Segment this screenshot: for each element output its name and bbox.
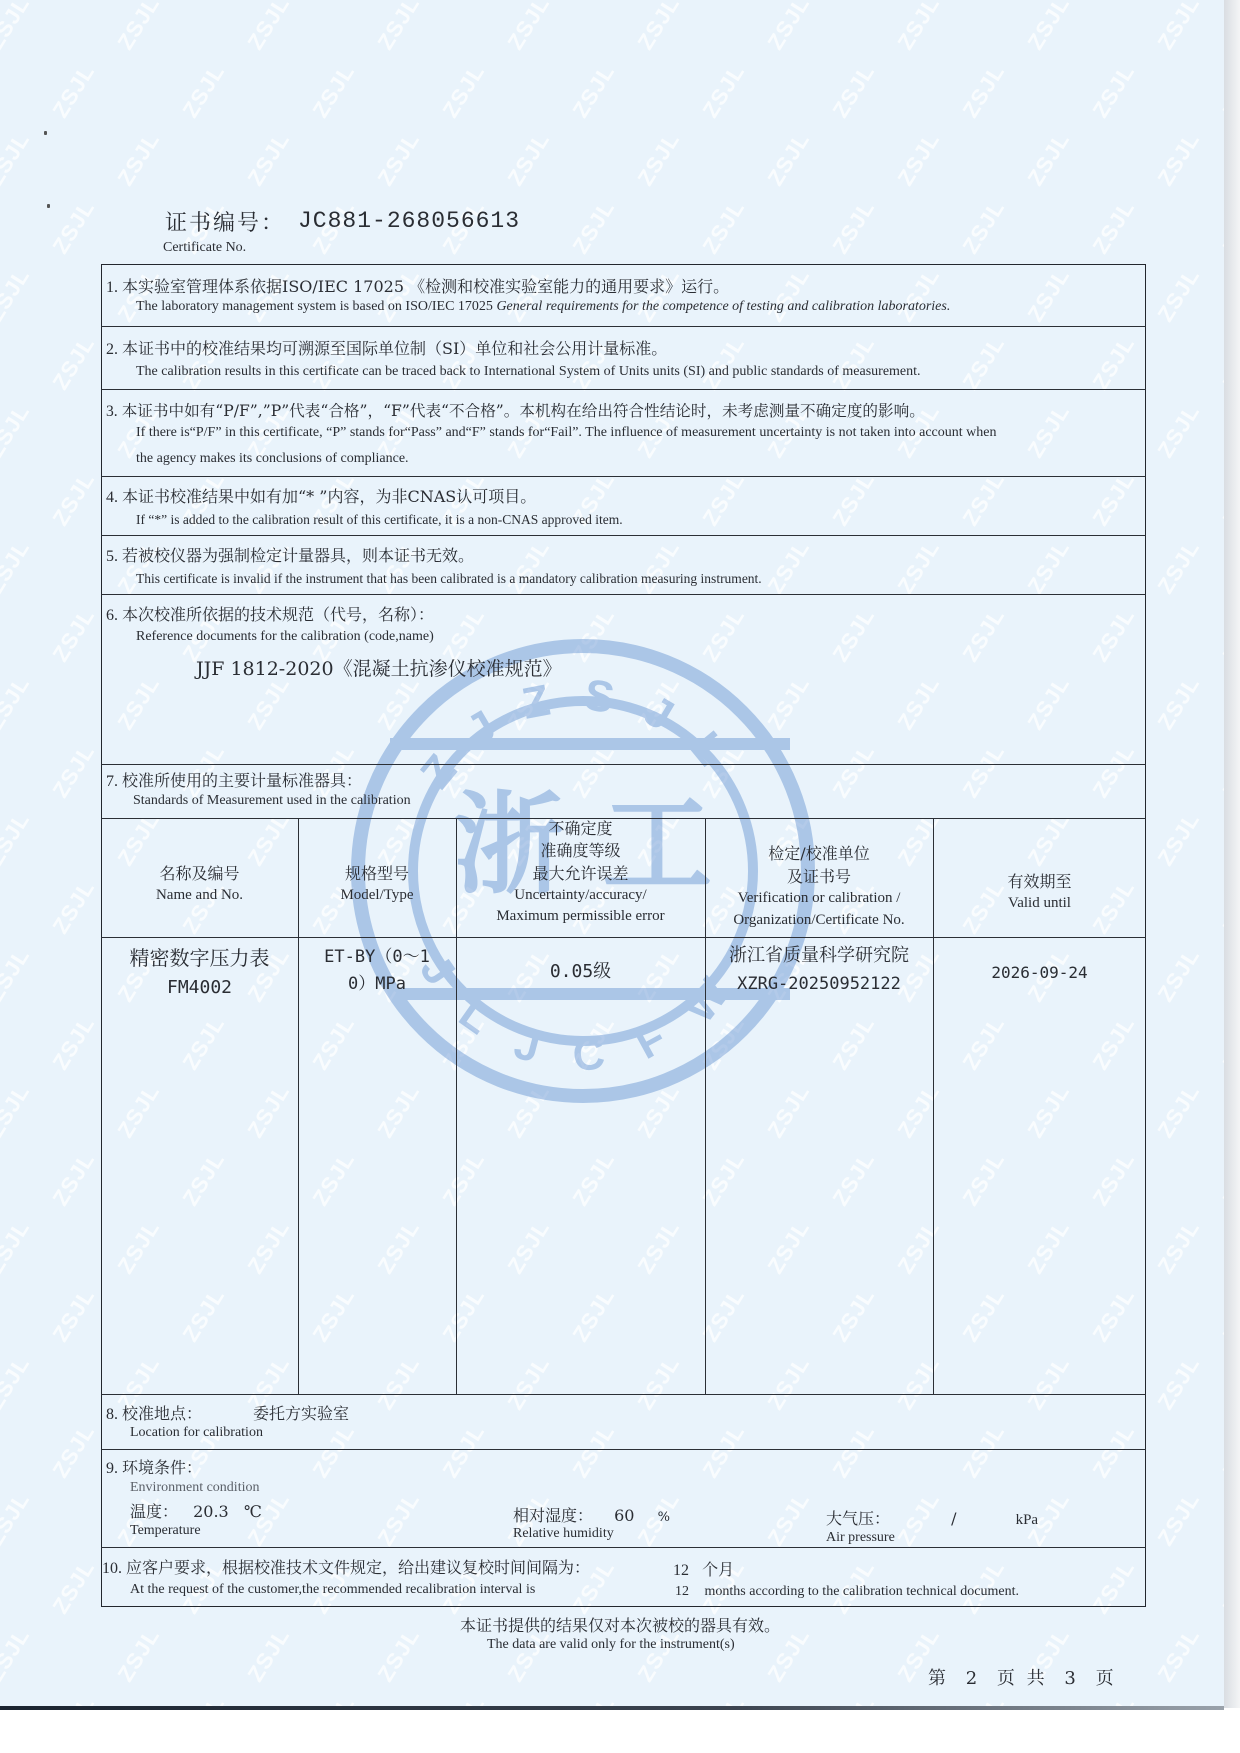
statement-3-en: If there is“P/F” in this certificate, “P…: [136, 425, 996, 441]
watermark-text: ZSJL: [243, 128, 296, 191]
statement-2-cn: 2.本证书中的校准结果均可溯源至国际单位制（SI）单位和社会公用计量标准。: [106, 336, 667, 359]
table-header-name: 名称及编号 Name and No.: [101, 862, 298, 907]
paper-bottom-edge: [0, 1706, 1224, 1710]
environment-label-en: Environment condition: [130, 1480, 259, 1496]
recalibration-cn: 10.应客户要求，根据校准技术文件规定，给出建议复校时间间隔为：: [102, 1555, 590, 1578]
watermark-text: ZSJL: [48, 196, 101, 259]
watermark-text: ZSJL: [48, 1556, 101, 1619]
watermark-text: ZSJL: [893, 128, 946, 191]
footer-note-cn: 本证书提供的结果仅对本次被校的器具有效。: [460, 1613, 780, 1636]
watermark-text: ZSJL: [48, 1012, 101, 1075]
table-cell-valid-until: 2026-09-24: [933, 960, 1146, 986]
certificate-page: ZSJLZSJLZSJLZSJLZSJLZSJLZSJLZSJLZSJLZSJL…: [0, 0, 1224, 1708]
table-cell-model: ET-BY（0～1 0）MPa: [298, 944, 456, 998]
watermark-text: ZSJL: [373, 0, 426, 54]
watermark-text: ZSJL: [0, 536, 35, 599]
watermark-text: ZSJL: [48, 1148, 101, 1211]
watermark-text: ZSJL: [0, 1080, 35, 1143]
watermark-text: ZSJL: [763, 128, 816, 191]
row-divider: [101, 1449, 1146, 1450]
statement-4-en: If “*” is added to the calibration resul…: [136, 512, 623, 528]
watermark-text: ZSJL: [1088, 60, 1141, 123]
watermark-text: ZSJL: [1023, 128, 1076, 191]
watermark-text: ZSJL: [0, 400, 35, 463]
watermark-text: ZSJL: [0, 1352, 35, 1415]
page-indicator: 第 2 页 共 3 页: [928, 1664, 1114, 1690]
table-header-model: 规格型号 Model/Type: [298, 862, 456, 907]
statement-7-en: Standards of Measurement used in the cal…: [133, 793, 411, 809]
watermark-text: ZSJL: [48, 1284, 101, 1347]
watermark-text: ZSJL: [633, 128, 686, 191]
watermark-text: ZSJL: [48, 468, 101, 531]
watermark-text: ZSJL: [0, 1488, 35, 1551]
watermark-text: ZSJL: [0, 1624, 35, 1687]
watermark-text: ZSJL: [0, 264, 35, 327]
table-header-organization: 检定/校准单位 及证书号 Verification or calibration…: [705, 842, 933, 932]
row-divider: [101, 389, 1146, 390]
watermark-text: ZSJL: [48, 1420, 101, 1483]
watermark-text: ZSJL: [1153, 1080, 1206, 1143]
watermark-text: ZSJL: [373, 128, 426, 191]
watermark-text: ZSJL: [1153, 536, 1206, 599]
paper-right-edge: [1224, 0, 1240, 1708]
watermark-text: ZSJL: [308, 60, 361, 123]
watermark-text: ZSJL: [48, 332, 101, 395]
statement-6-en: Reference documents for the calibration …: [136, 629, 434, 645]
recalibration-interval: 12 个月: [673, 1557, 734, 1580]
watermark-text: ZSJL: [893, 0, 946, 54]
watermark-text: ZSJL: [1023, 0, 1076, 54]
watermark-text: ZSJL: [243, 1624, 296, 1687]
row-divider: [101, 1547, 1146, 1548]
watermark-text: ZSJL: [243, 0, 296, 54]
watermark-text: ZSJL: [828, 60, 881, 123]
watermark-text: ZSJL: [1153, 672, 1206, 735]
row-divider: [101, 326, 1146, 327]
statement-5-en: This certificate is invalid if the instr…: [136, 571, 762, 587]
watermark-text: ZSJL: [1153, 128, 1206, 191]
table-cell-accuracy: 0.05级: [456, 958, 705, 987]
humidity-label-en: Relative humidity: [513, 1526, 614, 1542]
watermark-text: ZSJL: [1153, 400, 1206, 463]
table-header-uncertainty: 不确定度 准确度等级 最大允许误差 Uncertainty/accuracy/ …: [456, 818, 705, 927]
watermark-text: ZSJL: [48, 740, 101, 803]
watermark-text: ZSJL: [1153, 1624, 1206, 1687]
watermark-text: ZSJL: [763, 0, 816, 54]
recalibration-en: At the request of the customer,the recom…: [130, 1582, 535, 1598]
row-divider: [101, 764, 1146, 765]
row-divider: [101, 937, 1146, 938]
temperature-field: 温度： 20.3 ℃: [130, 1499, 262, 1522]
certificate-number: JC881-268056613: [298, 208, 520, 234]
watermark-text: ZSJL: [438, 60, 491, 123]
air-pressure-label-en: Air pressure: [826, 1530, 895, 1546]
watermark-text: ZSJL: [1153, 944, 1206, 1007]
watermark-text: ZSJL: [178, 60, 231, 123]
humidity-field: 相对湿度： 60 %: [513, 1503, 670, 1526]
reference-document: JJF 1812-2020《混凝土抗渗仪校准规范》: [196, 654, 562, 681]
watermark-text: ZSJL: [1153, 264, 1206, 327]
watermark-text: ZSJL: [698, 60, 751, 123]
watermark-text: ZSJL: [958, 60, 1011, 123]
statement-6-cn: 6.本次校准所依据的技术规范（代号，名称）：: [106, 602, 434, 625]
watermark-text: ZSJL: [1153, 1216, 1206, 1279]
watermark-text: ZSJL: [48, 604, 101, 667]
watermark-text: ZSJL: [113, 0, 166, 54]
watermark-text: ZSJL: [828, 196, 881, 259]
statement-2-en: The calibration results in this certific…: [136, 364, 921, 380]
watermark-text: ZSJL: [373, 1624, 426, 1687]
footer-note-en: The data are valid only for the instrume…: [487, 1637, 735, 1653]
certificate-number-label-en: Certificate No.: [163, 240, 246, 256]
watermark-text: ZSJL: [1153, 808, 1206, 871]
row-divider: [101, 594, 1146, 595]
watermark-text: ZSJL: [113, 1624, 166, 1687]
watermark-text: ZSJL: [503, 128, 556, 191]
watermark-text: ZSJL: [0, 128, 35, 191]
statement-1-en: The laboratory management system is base…: [136, 299, 950, 315]
location-value: 委托方实验室: [253, 1401, 349, 1424]
watermark-text: ZSJL: [958, 196, 1011, 259]
statement-3-cn: 3.本证书中如有“P/F”,”P”代表“合格”，“F”代表“不合格”。本机构在给…: [106, 399, 925, 421]
statement-3-en-cont: the agency makes its conclusions of comp…: [136, 451, 409, 467]
watermark-text: ZSJL: [1153, 1352, 1206, 1415]
environment-label: 9.环境条件：: [106, 1455, 202, 1478]
watermark-text: ZSJL: [1088, 196, 1141, 259]
watermark-text: ZSJL: [48, 60, 101, 123]
watermark-text: ZSJL: [568, 60, 621, 123]
watermark-text: ZSJL: [1153, 1488, 1206, 1551]
scan-speck: [47, 204, 50, 208]
statement-5-cn: 5.若被校仪器为强制检定计量器具，则本证书无效。: [106, 543, 474, 566]
row-divider: [101, 476, 1146, 477]
watermark-text: ZSJL: [698, 196, 751, 259]
certificate-number-label: 证书编号：: [165, 206, 285, 237]
watermark-text: ZSJL: [633, 0, 686, 54]
scan-speck: [44, 131, 47, 135]
watermark-text: ZSJL: [0, 0, 35, 54]
location-label: 8.校准地点：: [106, 1401, 202, 1424]
watermark-text: ZSJL: [113, 128, 166, 191]
watermark-text: ZSJL: [0, 808, 35, 871]
statement-4-cn: 4.本证书校准结果中如有加“* ”内容，为非CNAS认可项目。: [106, 484, 536, 507]
statement-7-cn: 7.校准所使用的主要计量标准器具：: [106, 768, 362, 791]
watermark-text: ZSJL: [0, 944, 35, 1007]
table-cell-organization: 浙江省质量科学研究院 XZRG-20250952122: [705, 942, 933, 998]
table-header-valid-until: 有效期至 Valid until: [933, 870, 1146, 915]
row-divider: [101, 1394, 1146, 1395]
watermark-text: ZSJL: [0, 672, 35, 735]
statement-1-cn: 1.本实验室管理体系依据ISO/IEC 17025 《检测和校准实验室能力的通用…: [106, 274, 729, 297]
watermark-text: ZSJL: [1153, 0, 1206, 54]
location-label-en: Location for calibration: [130, 1425, 263, 1441]
watermark-text: ZSJL: [568, 196, 621, 259]
watermark-text: ZSJL: [503, 0, 556, 54]
recalibration-interval-en: 12 months according to the calibration t…: [675, 1584, 1019, 1600]
watermark-text: ZSJL: [0, 1216, 35, 1279]
watermark-text: ZSJL: [48, 876, 101, 939]
table-cell-name: 精密数字压力表 FM4002: [101, 942, 298, 1003]
row-divider: [101, 535, 1146, 536]
temperature-label-en: Temperature: [130, 1523, 201, 1539]
air-pressure-field: 大气压： / kPa: [826, 1506, 1038, 1529]
